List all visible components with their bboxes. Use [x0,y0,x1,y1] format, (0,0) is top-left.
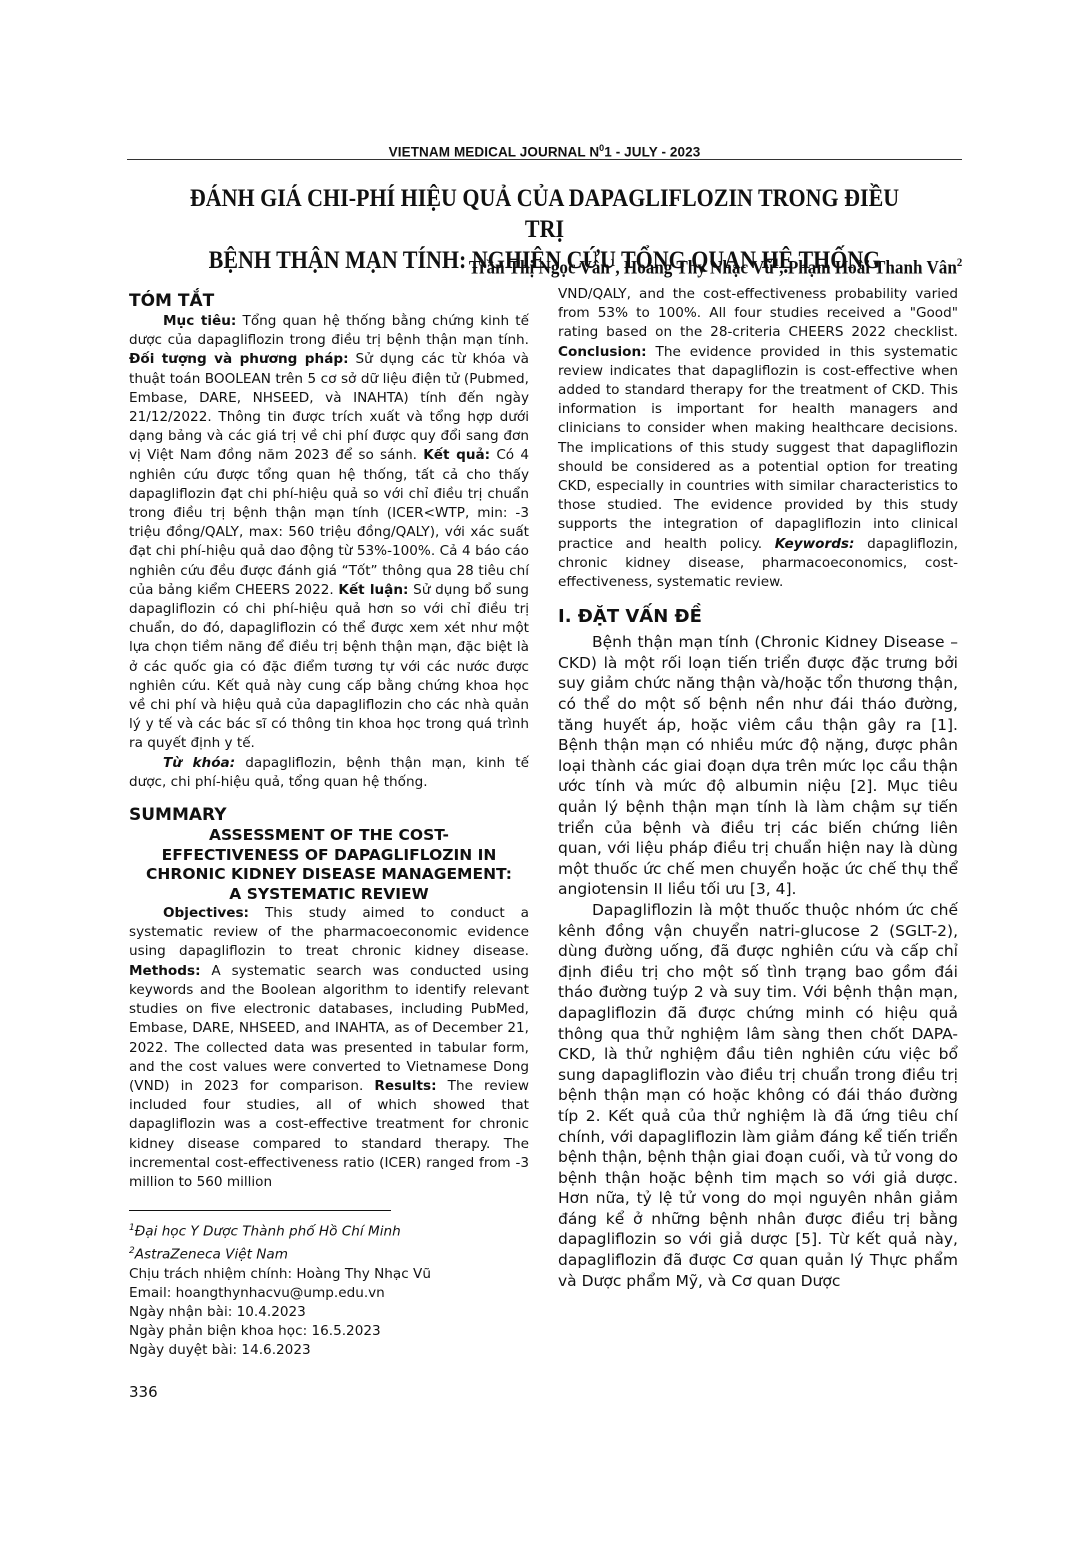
email: Email: hoangthynhacvu@ump.edu.vn [129,1284,529,1303]
author-affiliation: 1 [610,255,615,269]
header-divider [127,159,962,160]
summary-abstract-part-1: Objectives: This study aimed to conduct … [129,904,529,1192]
summary-title-line: A SYSTEMATIC REVIEW [129,885,529,905]
ket-luan-label: Kết luận: [338,582,408,598]
date-reviewed: Ngày phản biện khoa học: 16.5.2023 [129,1322,529,1341]
author-name: Phạm Hoài Thanh Vân [788,257,957,278]
section-1-heading: I. ĐẶT VẤN ĐỀ [558,606,958,628]
affiliation-2: 2AstraZeneca Việt Nam [129,1242,529,1265]
affiliation-2-text: AstraZeneca Việt Nam [135,1246,288,1262]
article-title-line-1: ĐÁNH GIÁ CHI-PHÍ HIỆU QUẢ CỦA DAPAGLIFLO… [177,183,912,245]
methods-label: Methods: [129,963,201,979]
journal-page: VIETNAM MEDICAL JOURNAL N01 - JULY - 202… [0,0,1090,1541]
right-column: VND/QALY, and the cost-effectiveness pro… [558,285,958,1291]
keywords-label: Keywords: [775,536,855,552]
section-1-paragraph-2: Dapagliflozin là một thuốc thuộc nhóm ức… [558,900,958,1291]
results-text-continued: VND/QALY, and the cost-effectiveness pro… [558,286,958,340]
methods-text: A systematic search was conducted using … [129,963,529,1094]
date-received: Ngày nhận bài: 10.4.2023 [129,1303,529,1322]
summary-heading: SUMMARY [129,804,529,826]
corresponding-author: Chịu trách nhiệm chính: Hoàng Thy Nhạc V… [129,1265,529,1284]
affiliation-1: 1Đại học Y Dược Thành phố Hồ Chí Minh [129,1219,529,1242]
author-separator: , [779,257,788,278]
affiliation-1-text: Đại học Y Dược Thành phố Hồ Chí Minh [135,1224,401,1240]
summary-abstract-part-2: VND/QALY, and the cost-effectiveness pro… [558,285,958,592]
doi-tuong-label: Đối tượng và phương pháp: [129,351,349,367]
summary-title-line: ASSESSMENT OF THE COST- [129,826,529,846]
author-list: Trần Thị Ngọc Vân1, Hoàng Thy Nhạc Vũ1, … [469,255,962,279]
summary-title-line: CHRONIC KIDNEY DISEASE MANAGEMENT: [129,865,529,885]
summary-title-line: EFFECTIVENESS OF DAPAGLIFLOZIN IN [129,846,529,866]
conclusion-text: The evidence provided in this systematic… [558,344,958,552]
conclusion-label: Conclusion: [558,344,647,360]
tom-tat-abstract: Mục tiêu: Tổng quan hệ thống bằng chứng … [129,312,529,754]
tu-khoa-keywords: Từ khóa: dapagliflozin, bệnh thận mạn, k… [129,754,529,792]
results-text: The review included four studies, all of… [129,1078,529,1190]
author-affiliation: 1 [774,255,779,269]
author-name: Trần Thị Ngọc Vân [469,257,610,278]
tom-tat-heading: TÓM TẮT [129,290,529,312]
journal-header-issue: 1 - JULY - 2023 [604,145,700,160]
author-separator: , [615,257,624,278]
page-number: 336 [129,1383,529,1402]
ket-qua-label: Kết quả: [423,447,490,463]
objectives-label: Objectives: [163,905,249,921]
date-accepted: Ngày duyệt bài: 14.6.2023 [129,1341,529,1360]
ket-luan-text: Sử dụng bổ sung dapagliflozin có chi phí… [129,582,529,752]
section-1-paragraph-1: Bệnh thận mạn tính (Chronic Kidney Disea… [558,632,958,900]
left-column: TÓM TẮT Mục tiêu: Tổng quan hệ thống bằn… [129,290,529,1402]
tu-khoa-label: Từ khóa: [163,755,235,771]
journal-header-text: VIETNAM MEDICAL JOURNAL N [389,145,600,160]
journal-running-header: VIETNAM MEDICAL JOURNAL N01 - JULY - 202… [127,143,962,160]
footnotes: 1Đại học Y Dược Thành phố Hồ Chí Minh 2A… [129,1210,529,1402]
results-label: Results: [374,1078,436,1094]
muc-tieu-label: Mục tiêu: [163,313,236,329]
author-affiliation: 2 [957,255,962,269]
author-name: Hoàng Thy Nhạc Vũ [624,257,774,278]
ket-qua-text: Có 4 nghiên cứu được tổng quan hệ thống,… [129,447,529,597]
footnote-divider [129,1210,391,1211]
summary-title: ASSESSMENT OF THE COST- EFFECTIVENESS OF… [129,826,529,904]
